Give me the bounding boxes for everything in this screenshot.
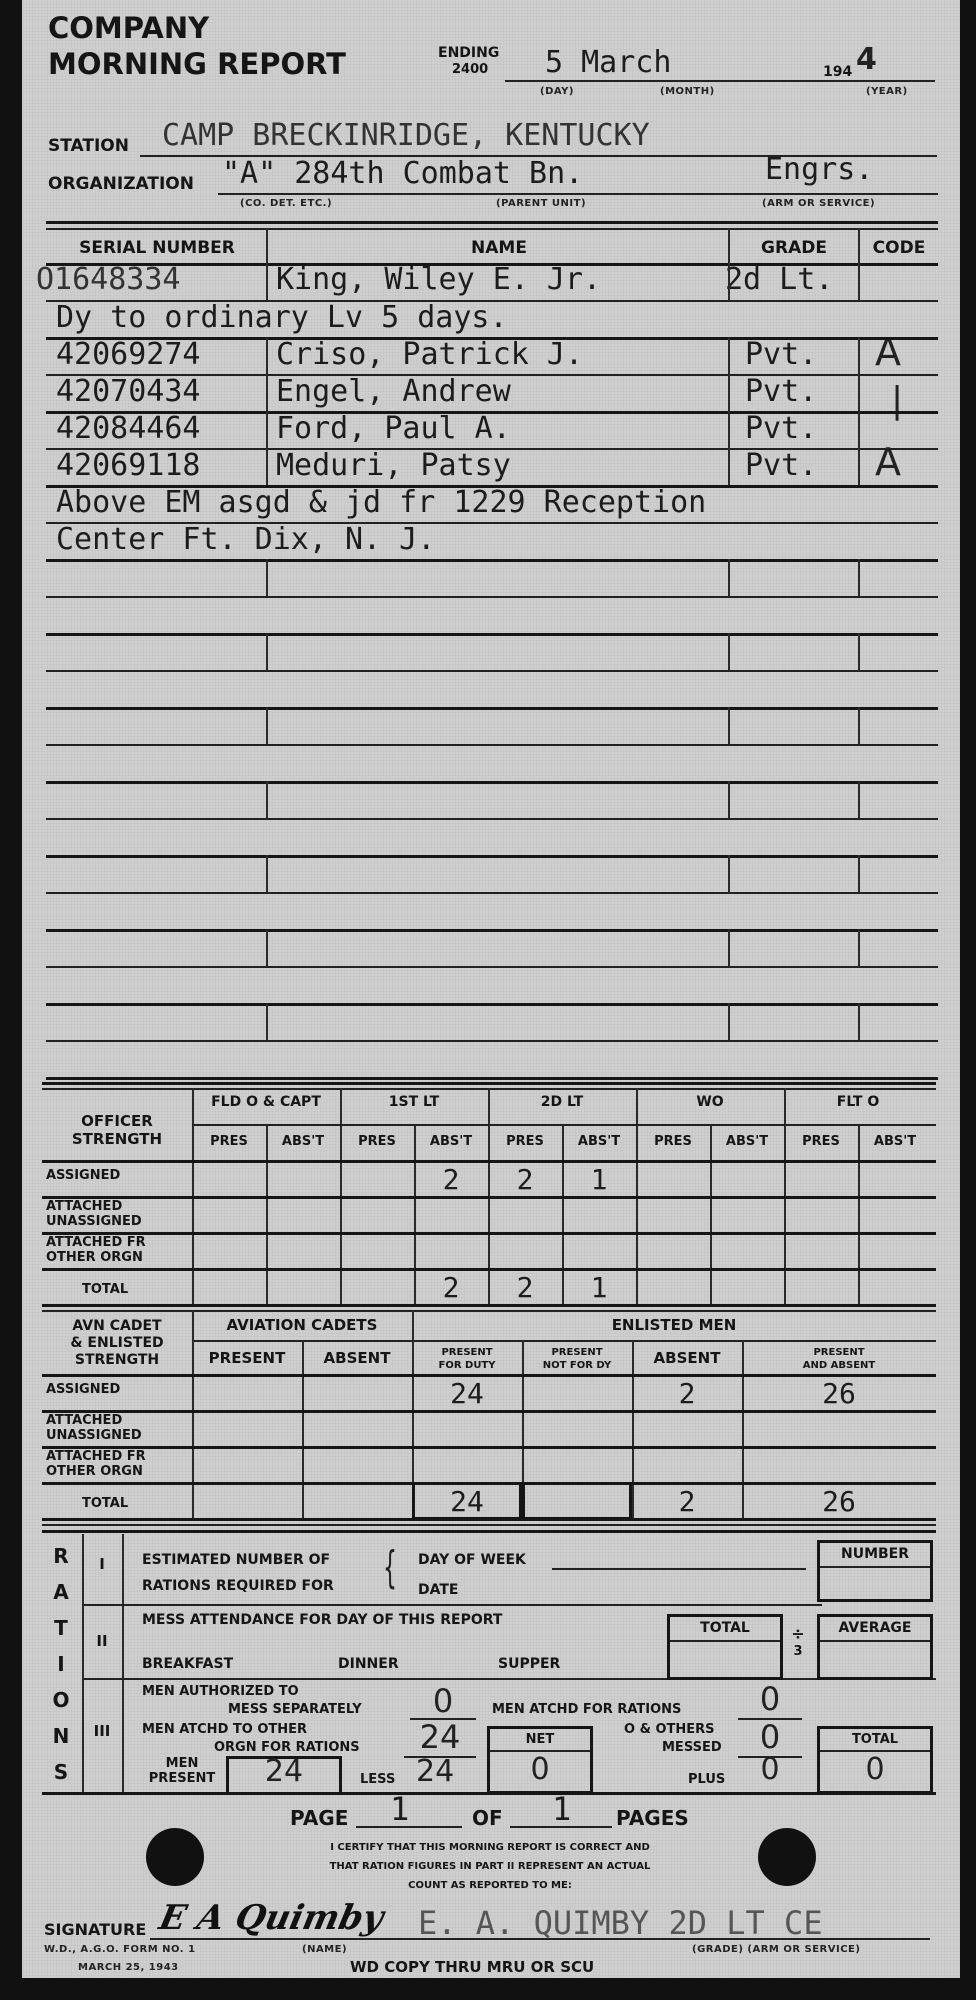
roster-header-divider (858, 228, 860, 263)
enlisted-column-header-line: PRESENT (209, 1349, 286, 1367)
roster-column-divider (858, 374, 860, 411)
form-date: MARCH 25, 1943 (78, 1962, 179, 1973)
enlisted-row-label-line2: UNASSIGNED (46, 1428, 142, 1443)
soldier-name[interactable]: King, Wiley E. Jr. (276, 262, 601, 297)
officer-count-cell[interactable] (192, 1234, 266, 1270)
roster-rule (46, 522, 938, 524)
enlisted-count-cell[interactable]: 2 (632, 1484, 742, 1520)
roster-column-divider (266, 559, 268, 596)
rations-side-letter: N (46, 1724, 76, 1748)
estimated-rations-label-1: ESTIMATED NUMBER OF (142, 1552, 330, 1568)
officer-subheader-rule (192, 1124, 936, 1126)
rations-side-letter: O (46, 1688, 76, 1712)
roster-rule (46, 485, 938, 488)
remark-line[interactable]: Center Ft. Dix, N. J. (56, 522, 435, 557)
officer-strength-title-line1: OFFICER (81, 1112, 153, 1130)
officer-row-label-line1: ATTACHED FR (46, 1235, 146, 1250)
roster-rule (46, 300, 938, 302)
roster-column-divider (728, 374, 730, 411)
officer-grade-group: FLT O (784, 1094, 932, 1110)
officer-count-cell[interactable] (340, 1198, 414, 1234)
of-label: OF (472, 1806, 503, 1830)
roster-column-divider (728, 337, 730, 374)
roster-column-divider (728, 559, 730, 596)
roster-column-divider (266, 448, 268, 485)
officer-count-cell[interactable] (858, 1198, 932, 1234)
enlisted-count-cell[interactable] (522, 1376, 632, 1412)
roster-column-divider (728, 1003, 730, 1040)
rations-side-letter: S (46, 1760, 76, 1784)
roster-column-divider (728, 855, 730, 892)
enlisted-strength-title-line: & ENLISTED (70, 1335, 163, 1351)
dinner-label: DINNER (338, 1656, 399, 1672)
enlisted-bottom-rule-2 (42, 1524, 936, 1526)
enlisted-row-label: ASSIGNED (46, 1382, 186, 1397)
officer-count-cell[interactable] (784, 1162, 858, 1198)
enlisted-count-cell[interactable]: 2 (632, 1376, 742, 1412)
officer-row-label-line1: ATTACHED (46, 1199, 122, 1214)
roster-column-divider (858, 559, 860, 596)
roster-rule (46, 633, 938, 636)
officer-count-cell[interactable] (414, 1234, 488, 1270)
roster-rule (46, 374, 938, 376)
enlisted-count-cell[interactable] (742, 1412, 936, 1448)
roster-column-divider (858, 1003, 860, 1040)
roster-column-divider (266, 337, 268, 374)
roster-rule (46, 818, 938, 820)
enlisted-strength-title: AVN CADET& ENLISTEDSTRENGTH (42, 1318, 192, 1369)
roster-column-divider (728, 411, 730, 448)
roster-column-divider (266, 1003, 268, 1040)
plus-label: PLUS (688, 1772, 725, 1787)
enlisted-row-label: ATTACHED FROTHER ORGN (46, 1449, 186, 1479)
enlisted-count-cell[interactable] (742, 1448, 936, 1484)
roster-column-divider (266, 374, 268, 411)
less-value[interactable]: 24 (416, 1754, 454, 1789)
roster-column-divider (728, 633, 730, 670)
enlisted-row-label-line1: ASSIGNED (46, 1382, 120, 1397)
serial-number[interactable]: 42069274 (56, 337, 201, 372)
date-line (505, 80, 935, 82)
caption-grade-arm: (GRADE) (ARM OR SERVICE) (692, 1944, 860, 1955)
roster-top-rule-2 (46, 228, 938, 230)
officer-row-label: ATTACHEDUNASSIGNED (46, 1199, 186, 1229)
rations-total-label: TOTAL (820, 1732, 930, 1747)
day-of-week-input-line[interactable] (552, 1568, 806, 1570)
roster-rule (46, 966, 938, 968)
rations-side-letter: A (46, 1580, 76, 1604)
officer-grade-group: FLD O & CAPT (192, 1094, 340, 1110)
officer-row-label: ASSIGNED (46, 1168, 186, 1183)
officers-messed-value[interactable]: 0 (738, 1718, 802, 1756)
rations-part-numeral: III (82, 1722, 122, 1740)
roster-column-divider (858, 929, 860, 966)
atchd-other-value[interactable]: 24 (404, 1718, 476, 1756)
enlisted-count-cell[interactable] (302, 1484, 412, 1520)
net-label: NET (490, 1732, 590, 1747)
men-authorized-label-1: MEN AUTHORIZED TO (142, 1684, 299, 1699)
soldier-name[interactable]: Engel, Andrew (276, 374, 511, 409)
enlisted-column-header: PRESENT (192, 1350, 302, 1366)
enlisted-column-header-line: NOT FOR DY (543, 1360, 612, 1371)
enlisted-count-cell[interactable] (632, 1448, 742, 1484)
enlisted-count-cell[interactable] (412, 1448, 522, 1484)
ending-label: ENDING (438, 45, 499, 61)
officer-count-cell[interactable] (636, 1162, 710, 1198)
officer-count-cell[interactable]: 2 (414, 1270, 488, 1306)
officer-count-cell[interactable] (636, 1270, 710, 1306)
officer-count-cell[interactable] (858, 1162, 932, 1198)
officer-count-cell[interactable] (710, 1234, 784, 1270)
roster-rule (46, 781, 938, 784)
officer-count-cell[interactable] (784, 1270, 858, 1306)
officer-count-cell[interactable] (266, 1234, 340, 1270)
form-title-line2: MORNING REPORT (48, 48, 346, 80)
enlisted-row-label-line1: TOTAL (82, 1496, 128, 1511)
plus-value[interactable]: 0 (738, 1752, 802, 1787)
enlisted-men-group: ENLISTED MEN (412, 1316, 936, 1334)
officer-count-cell[interactable] (710, 1270, 784, 1306)
officer-bottom-rule (42, 1304, 936, 1307)
estimated-rations-label-2: RATIONS REQUIRED FOR (142, 1578, 334, 1594)
present-column-header: PRES (192, 1134, 266, 1149)
date-label: DATE (418, 1582, 458, 1598)
enlisted-count-cell[interactable] (522, 1448, 632, 1484)
enlisted-count-cell[interactable] (302, 1448, 412, 1484)
officer-count-cell[interactable]: 1 (562, 1270, 636, 1306)
mess-separately-value[interactable]: 0 (410, 1682, 476, 1720)
roster-column-divider (266, 929, 268, 966)
column-header-code: CODE (860, 238, 938, 258)
rations-top-rule (42, 1530, 936, 1533)
roster-rule (46, 1003, 938, 1006)
officer-count-cell[interactable] (414, 1198, 488, 1234)
officer-count-cell[interactable] (340, 1162, 414, 1198)
certify-line-1: I CERTIFY THAT THIS MORNING REPORT IS CO… (330, 1842, 650, 1853)
soldier-grade[interactable]: Pvt. (745, 411, 817, 446)
caption-arm-service: (ARM OR SERVICE) (762, 198, 875, 209)
report-date-value[interactable]: 5 March (545, 46, 671, 80)
rations-section-rule (82, 1604, 822, 1606)
code-mark[interactable]: A (875, 440, 901, 484)
soldier-grade[interactable]: Pvt. (745, 374, 817, 409)
enlisted-row-label-line2: OTHER ORGN (46, 1464, 143, 1479)
absent-column-header: ABS'T (710, 1134, 784, 1149)
binder-hole-right (758, 1828, 816, 1886)
ending-time-label: 2400 (452, 62, 488, 78)
page-label: PAGE (290, 1806, 348, 1830)
enlisted-strength-title-line: STRENGTH (75, 1352, 159, 1368)
roster-column-divider (728, 781, 730, 818)
officer-count-cell[interactable] (710, 1162, 784, 1198)
officer-grade-group: WO (636, 1094, 784, 1110)
supper-label: SUPPER (498, 1656, 560, 1672)
officers-others-label-1: O & OTHERS (624, 1722, 715, 1737)
officer-strength-title: OFFICER STRENGTH (42, 1112, 192, 1148)
officer-count-cell[interactable] (858, 1234, 932, 1270)
men-present-value[interactable]: 24 (229, 1754, 339, 1789)
roster-column-divider (858, 263, 860, 300)
officer-count-cell[interactable] (192, 1162, 266, 1198)
year-prefix: 194 (823, 64, 852, 80)
soldier-name[interactable]: Meduri, Patsy (276, 448, 511, 483)
roster-rule (46, 855, 938, 858)
officer-section-rule (42, 1082, 936, 1085)
officer-count-cell[interactable] (858, 1270, 932, 1306)
roster-rule (46, 1077, 938, 1080)
officer-grade-group: 2D LT (488, 1094, 636, 1110)
roster-column-divider (266, 411, 268, 448)
absent-column-header: ABS'T (858, 1134, 932, 1149)
rations-part-numeral: I (82, 1555, 122, 1573)
enlisted-column-header: PRESENTNOT FOR DY (522, 1346, 632, 1372)
officer-count-cell[interactable] (340, 1234, 414, 1270)
officer-count-cell[interactable] (488, 1234, 562, 1270)
average-box-rule (820, 1640, 930, 1642)
roster-column-divider (858, 337, 860, 374)
enlisted-column-header-line: ABSENT (324, 1349, 391, 1367)
station-label: STATION (48, 136, 129, 156)
average-label: AVERAGE (820, 1620, 930, 1636)
enlisted-row-label: ATTACHEDUNASSIGNED (46, 1413, 186, 1443)
arm-service-value[interactable]: Engrs. (765, 152, 873, 187)
present-column-header: PRES (784, 1134, 858, 1149)
enlisted-strength-title-line: AVN CADET (72, 1318, 161, 1334)
officer-row-label-line1: ASSIGNED (46, 1168, 120, 1183)
absent-column-header: ABS'T (562, 1134, 636, 1149)
roster-top-rule (46, 221, 938, 224)
rations-part-numeral: II (82, 1632, 122, 1650)
caption-parent-unit: (PARENT UNIT) (496, 198, 586, 209)
men-atchd-other-label-1: MEN ATCHD TO OTHER (142, 1722, 307, 1737)
officer-count-cell[interactable]: 1 (562, 1162, 636, 1198)
present-column-header: PRES (340, 1134, 414, 1149)
officer-count-cell[interactable]: 2 (414, 1162, 488, 1198)
roster-column-divider (266, 633, 268, 670)
caption-company: (CO. DET. ETC.) (240, 198, 332, 209)
enlisted-column-header: ABSENT (632, 1350, 742, 1366)
soldier-grade[interactable]: Pvt. (745, 448, 817, 483)
officer-count-cell[interactable] (636, 1198, 710, 1234)
pages-label: PAGES (616, 1806, 689, 1830)
remark-line[interactable]: Dy to ordinary Lv 5 days. (56, 300, 508, 335)
day-of-week-label: DAY OF WEEK (418, 1552, 526, 1568)
enlisted-column-header-line: ABSENT (654, 1349, 721, 1367)
enlisted-bottom-rule (42, 1518, 936, 1521)
station-value[interactable]: CAMP BRECKINRIDGE, KENTUCKY (162, 118, 650, 153)
roster-rule (46, 559, 938, 562)
officer-count-cell[interactable] (266, 1270, 340, 1306)
soldier-name[interactable]: Criso, Patrick J. (276, 337, 583, 372)
enlisted-count-cell[interactable] (192, 1448, 302, 1484)
breakfast-label: BREAKFAST (142, 1656, 233, 1672)
mess-total-label: TOTAL (670, 1620, 780, 1636)
aviation-cadets-group: AVIATION CADETS (192, 1316, 412, 1334)
divide-icon: ÷ (783, 1624, 813, 1643)
rations-side-letter: I (46, 1652, 76, 1676)
rations-divider (122, 1534, 124, 1792)
code-ditto-mark[interactable]: | (891, 380, 903, 421)
organization-value[interactable]: "A" 284th Combat Bn. (222, 156, 583, 191)
roster-column-divider (728, 263, 730, 300)
officer-count-cell[interactable]: 2 (488, 1162, 562, 1198)
absent-column-header: ABS'T (266, 1134, 340, 1149)
enlisted-count-cell[interactable] (522, 1412, 632, 1448)
officers-others-label-2: MESSED (662, 1740, 722, 1755)
binder-hole-left (146, 1828, 204, 1886)
soldier-grade[interactable]: Pvt. (745, 337, 817, 372)
officer-count-cell[interactable] (710, 1198, 784, 1234)
men-authorized-label-2: MESS SEPARATELY (228, 1702, 362, 1717)
signature-label: SIGNATURE (44, 1920, 146, 1939)
enlisted-count-cell[interactable] (302, 1412, 412, 1448)
soldier-grade[interactable]: 2d Lt. (725, 262, 833, 297)
roster-rule (46, 411, 938, 414)
rations-section-rule (82, 1678, 936, 1680)
year-handwritten-value[interactable]: 4 (856, 42, 877, 77)
officer-grade-group: 1ST LT (340, 1094, 488, 1110)
enlisted-count-cell[interactable] (412, 1412, 522, 1448)
enlisted-count-cell[interactable]: 24 (412, 1376, 522, 1412)
officer-count-cell[interactable] (562, 1198, 636, 1234)
enlisted-column-header-line: FOR DUTY (439, 1360, 496, 1371)
mess-attendance-title: MESS ATTENDANCE FOR DAY OF THIS REPORT (142, 1612, 502, 1628)
roster-column-divider (728, 929, 730, 966)
roster-column-divider (858, 633, 860, 670)
officer-row-label-line2: OTHER ORGN (46, 1250, 143, 1265)
enlisted-count-cell[interactable] (192, 1376, 302, 1412)
roster-column-divider (858, 411, 860, 448)
divide-by-value: 3 (783, 1644, 813, 1659)
rations-side-letter: R (46, 1544, 76, 1568)
enlisted-column-header-line: PRESENT (551, 1347, 602, 1358)
soldier-name[interactable]: Ford, Paul A. (276, 411, 511, 446)
serial-number[interactable]: 42084464 (56, 411, 201, 446)
brace-icon: { (383, 1546, 397, 1590)
officer-row-label-line2: UNASSIGNED (46, 1214, 142, 1229)
enlisted-row-label-line1: ATTACHED FR (46, 1449, 146, 1464)
roster-rule (46, 448, 938, 450)
enlisted-count-cell[interactable] (192, 1484, 302, 1520)
typed-name-grade[interactable]: E. A. QUIMBY 2D LT CE (418, 1904, 823, 1942)
certify-line-3: COUNT AS REPORTED TO ME: (408, 1880, 572, 1891)
officer-bottom-rule-2 (42, 1310, 936, 1312)
page-number-value[interactable]: 1 (390, 1790, 409, 1828)
present-column-header: PRES (636, 1134, 710, 1149)
officer-row-label-line1: TOTAL (82, 1282, 128, 1297)
enlisted-column-header-line: PRESENT (813, 1347, 864, 1358)
enlisted-count-cell[interactable] (632, 1412, 742, 1448)
officer-count-cell[interactable] (266, 1198, 340, 1234)
officer-count-cell[interactable] (636, 1234, 710, 1270)
roster-column-divider (266, 263, 268, 300)
total-present-for-duty-box (412, 1482, 522, 1520)
rations-side-letter: T (46, 1616, 76, 1640)
men-present-label-line2: PRESENT (149, 1771, 215, 1786)
officer-count-cell[interactable] (488, 1198, 562, 1234)
roster-column-divider (728, 448, 730, 485)
enlisted-count-cell[interactable]: 26 (742, 1484, 936, 1520)
net-value[interactable]: 0 (490, 1752, 590, 1787)
men-atchd-other-label-2: ORGN FOR RATIONS (214, 1740, 360, 1755)
men-atchd-rations-value[interactable]: 0 (738, 1680, 802, 1718)
organization-line (218, 193, 938, 195)
enlisted-column-header: ABSENT (302, 1350, 412, 1366)
enlisted-column-header-line: PRESENT (441, 1347, 492, 1358)
officer-count-cell[interactable] (562, 1234, 636, 1270)
officer-strength-title-line2: STRENGTH (72, 1130, 162, 1148)
serial-number[interactable]: 42069118 (56, 448, 201, 483)
officer-count-cell[interactable] (192, 1270, 266, 1306)
form-title-line1: COMPANY (48, 12, 209, 44)
handwritten-signature[interactable]: E A Quimby (156, 1898, 387, 1938)
enlisted-count-cell[interactable] (192, 1412, 302, 1448)
officer-row-label: ATTACHED FROTHER ORGN (46, 1235, 186, 1265)
total-pages-value[interactable]: 1 (552, 1790, 571, 1828)
column-header-name: NAME (270, 238, 728, 258)
enlisted-count-cell[interactable]: 26 (742, 1376, 936, 1412)
officer-count-cell[interactable] (784, 1234, 858, 1270)
roster-column-divider (858, 707, 860, 744)
roster-rule (46, 670, 938, 672)
copy-routing-note: WD COPY THRU MRU OR SCU (350, 1958, 594, 1976)
enlisted-count-cell[interactable] (302, 1376, 412, 1412)
remark-line[interactable]: Above EM asgd & jd fr 1229 Reception (56, 485, 706, 520)
organization-label: ORGANIZATION (48, 174, 194, 194)
roster-rule (46, 929, 938, 932)
caption-month: (MONTH) (660, 86, 715, 97)
officer-count-cell[interactable] (192, 1198, 266, 1234)
mess-total-box-rule (670, 1640, 780, 1642)
roster-rule (46, 744, 938, 746)
column-header-serial: SERIAL NUMBER (48, 238, 266, 258)
roster-column-divider (728, 707, 730, 744)
roster-rule (46, 596, 938, 598)
caption-year: (YEAR) (866, 86, 908, 97)
roster-column-divider (266, 855, 268, 892)
roster-rule (46, 707, 938, 710)
certification-statement: I CERTIFY THAT THIS MORNING REPORT IS CO… (250, 1838, 730, 1895)
enlisted-column-header: PRESENTAND ABSENT (742, 1346, 936, 1372)
form-number: W.D., A.G.O. FORM NO. 1 (44, 1944, 196, 1955)
serial-number[interactable]: 42070434 (56, 374, 201, 409)
officer-count-cell[interactable] (266, 1162, 340, 1198)
men-atchd-rations-label: MEN ATCHD FOR RATIONS (492, 1702, 681, 1717)
present-column-header: PRES (488, 1134, 562, 1149)
roster-rule (46, 1040, 938, 1042)
total-present-not-for-duty-box (522, 1482, 632, 1520)
men-present-label-line1: MEN (166, 1756, 199, 1771)
roster-rule (46, 337, 938, 340)
roster-rule (46, 892, 938, 894)
officer-count-cell[interactable] (340, 1270, 414, 1306)
less-label: LESS (360, 1772, 395, 1787)
enlisted-column-header: PRESENTFOR DUTY (412, 1346, 522, 1372)
roster-column-divider (858, 855, 860, 892)
serial-number[interactable]: O1648334 (36, 262, 181, 297)
enlisted-column-header-line: AND ABSENT (803, 1360, 875, 1371)
number-box-rule (820, 1566, 930, 1568)
officer-count-cell[interactable]: 2 (488, 1270, 562, 1306)
caption-day: (DAY) (540, 86, 574, 97)
officer-count-cell[interactable] (784, 1198, 858, 1234)
roster-column-divider (266, 781, 268, 818)
absent-column-header: ABS'T (414, 1134, 488, 1149)
roster-header-divider (728, 228, 730, 263)
caption-name: (NAME) (302, 1944, 347, 1955)
roster-header-divider (266, 228, 268, 263)
rations-total-value[interactable]: 0 (820, 1752, 930, 1787)
